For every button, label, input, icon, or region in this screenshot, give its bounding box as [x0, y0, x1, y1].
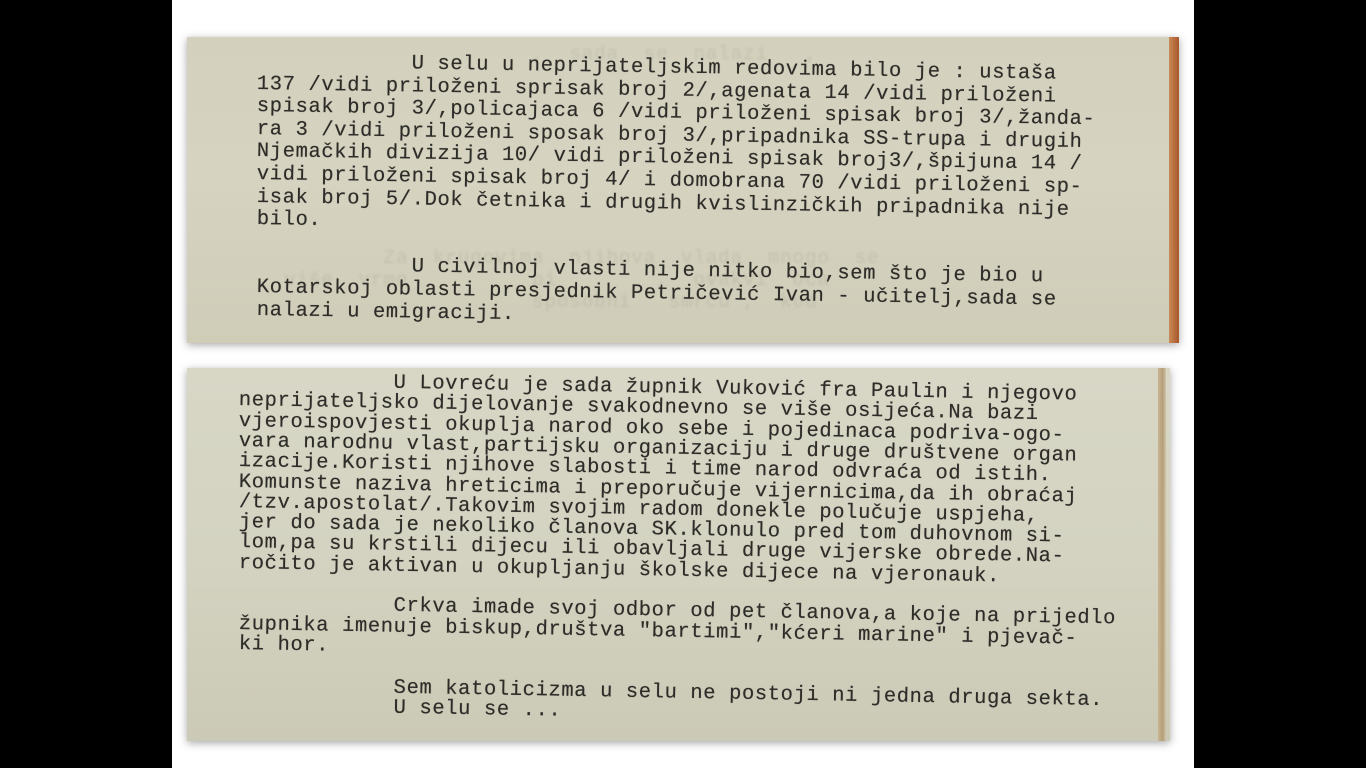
typed-line: ki hor. [239, 634, 330, 658]
scanned-document-top: , sada se nalazi , Za krugovima njihova … [187, 37, 1179, 343]
typed-line: U selu se ... [239, 695, 562, 723]
typed-line: bilo. [257, 209, 322, 232]
typed-line: nalazi u emigraciji. [257, 300, 515, 326]
scanned-document-bottom: U Lovreću je sada župnik Vuković fra Pau… [187, 368, 1170, 741]
